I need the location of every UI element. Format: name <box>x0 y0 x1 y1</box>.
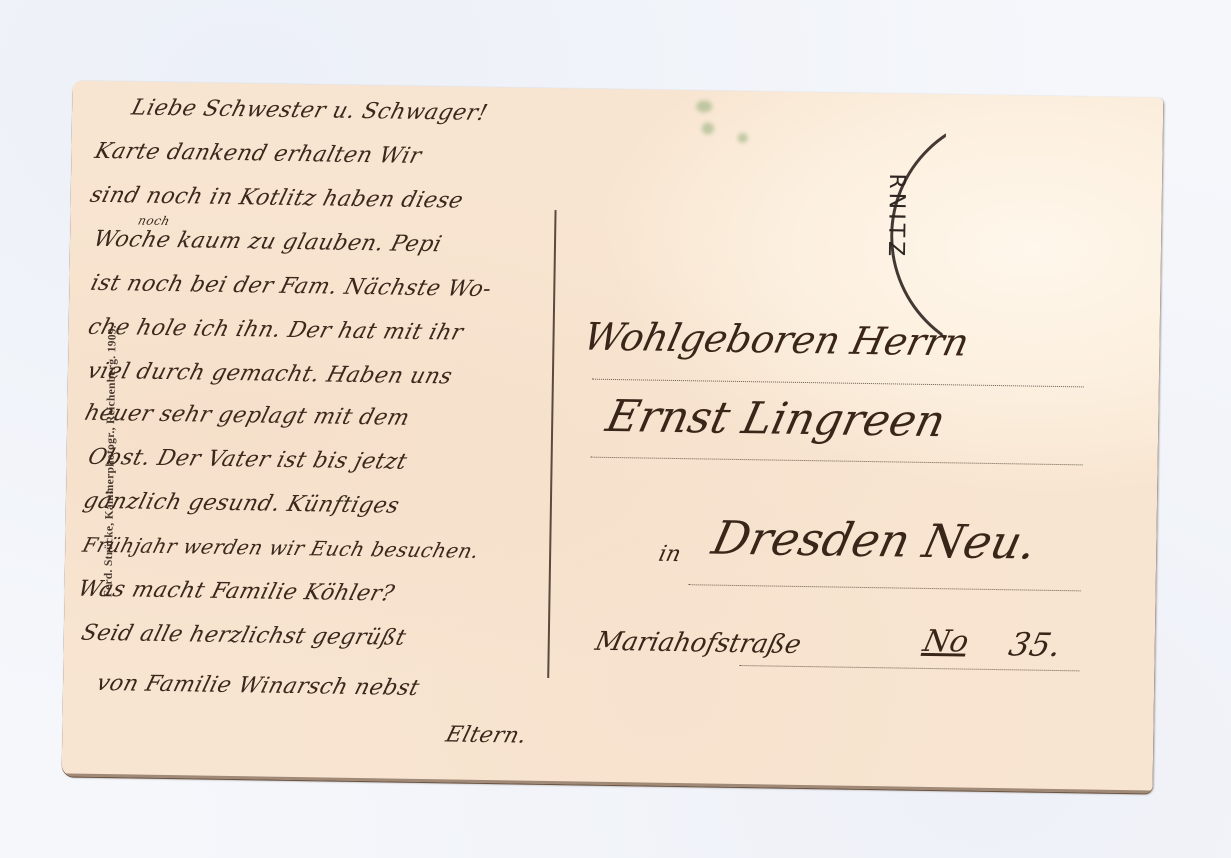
address-name: Ernst Lingreen <box>602 391 951 447</box>
message-line: Frühjahr werden wir Euch besuchen. <box>80 533 482 563</box>
message-line: sind noch in Kotlitz haben diese <box>87 183 466 214</box>
message-line: Karte dankend erhalten Wir <box>92 139 424 169</box>
address-dotted-line <box>591 457 1083 466</box>
postcard: Ferd. Strücke, Kammerphotogr., Reichenbe… <box>62 80 1164 793</box>
message-line: heuer sehr geplagt mit dem <box>82 401 412 431</box>
address-city-prefix: in <box>656 542 683 567</box>
address-dotted-line <box>592 379 1084 388</box>
message-line: viel durch gemacht. Haben uns <box>85 359 455 390</box>
message-line: Was macht Familie Köhler? <box>75 577 397 607</box>
address-dotted-line <box>689 584 1081 591</box>
message-line: gänzlich gesund. Künftiges <box>81 489 403 519</box>
message-line: ist noch bei der Fam. Nächste Wo- <box>88 271 494 302</box>
address-city: Dresden Neu. <box>707 511 1042 570</box>
ink-stain <box>738 133 748 143</box>
handwritten-message: Liebe Schwester u. Schwager! Karte danke… <box>86 95 556 102</box>
ink-stain <box>696 100 712 112</box>
message-line: Eltern. <box>443 722 530 748</box>
address-number-label: No <box>920 624 972 660</box>
postmark-text: RNITZ <box>883 173 909 260</box>
address-number: 35. <box>1005 625 1065 664</box>
message-line: Obst. Der Vater ist bis jetzt <box>85 445 410 475</box>
message-line: che hole ich ihn. Der hat mit ihr <box>85 315 466 346</box>
message-address-divider <box>547 210 556 678</box>
address-street: Mariahofstraße <box>592 627 804 660</box>
address-dotted-line <box>739 665 1079 671</box>
message-line-insert: noch <box>136 214 171 228</box>
message-line: Seid alle herzlichst gegrüßt <box>79 621 409 651</box>
ink-stain <box>702 122 714 134</box>
message-line: Liebe Schwester u. Schwager! <box>129 95 491 125</box>
message-line: von Familie Winarsch nebst <box>94 671 423 701</box>
message-line: Woche kaum zu glauben. Pepi <box>91 227 445 257</box>
address-salutation: Wohlgeboren Herrn <box>580 315 974 365</box>
